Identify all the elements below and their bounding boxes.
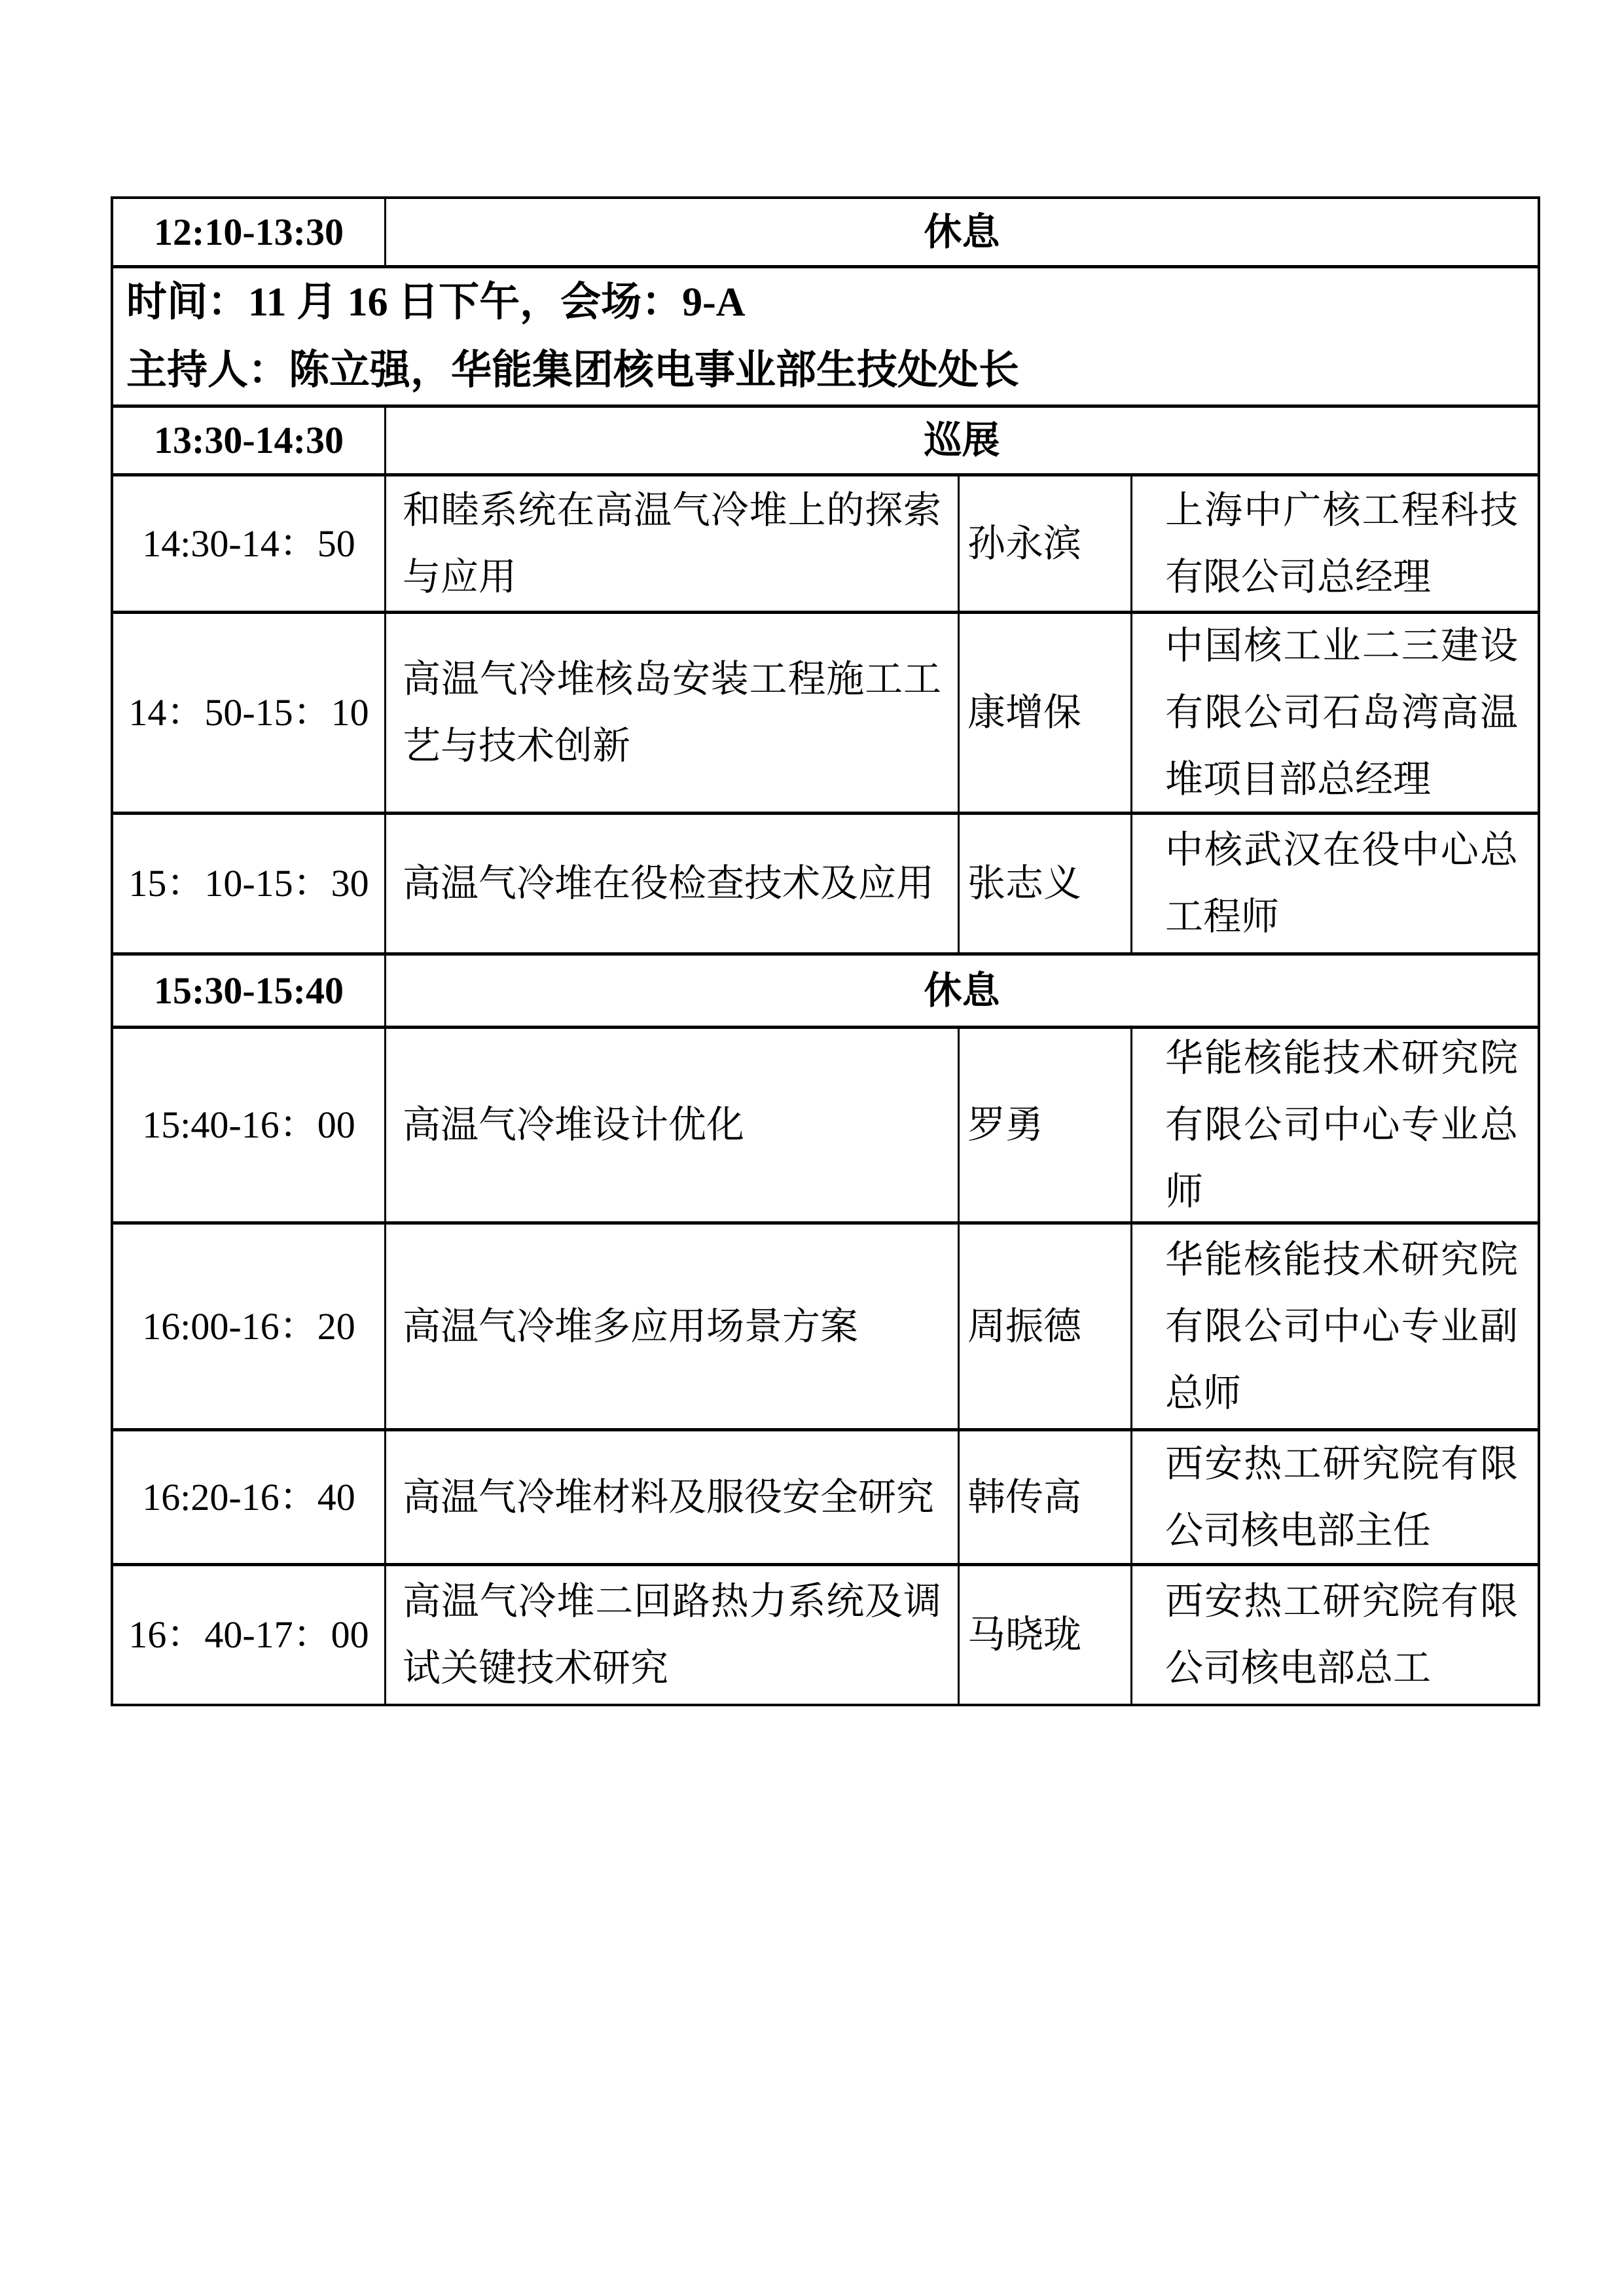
talk-title-cell: 高温气冷堆材料及服役安全研究	[384, 1431, 958, 1563]
time-range: 16:20-16：40	[113, 1479, 384, 1516]
session-label-cell: 休息	[384, 956, 1538, 1026]
speaker-name: 韩传高	[960, 1479, 1130, 1516]
table-row: 14：50-15：10 高温气冷堆核岛安装工程施工工艺与技术创新 康增保 中国核…	[113, 614, 1538, 815]
speaker-cell: 罗勇	[958, 1029, 1130, 1221]
speaker-name: 康增保	[960, 694, 1130, 732]
time-range: 14:30-14：50	[113, 525, 384, 563]
time-cell: 15:30-15:40	[113, 956, 384, 1026]
time-range: 12:10-13:30	[113, 213, 384, 251]
text-line: 高温气冷堆核岛安装工程施工工	[403, 646, 941, 713]
table-row: 14:30-14：50 和睦系统在高温气冷堆上的探索与应用 孙永滨 上海中广核工…	[113, 476, 1538, 614]
affiliation-cell: 中核武汉在役中心总工程师	[1130, 815, 1538, 952]
text-line: 高温气冷堆二回路热力系统及调	[403, 1568, 941, 1635]
time-cell: 16:20-16：40	[113, 1431, 384, 1563]
talk-title-cell: 高温气冷堆二回路热力系统及调试关键技术研究	[384, 1566, 958, 1704]
text-line: 有限公司中心专业副	[1165, 1293, 1518, 1360]
time-range: 15:30-15:40	[113, 972, 384, 1010]
session-label: 休息	[386, 972, 1538, 1010]
speaker-name: 罗勇	[960, 1106, 1130, 1144]
time-range: 15：10-15：30	[113, 865, 384, 903]
table-row: 16：40-17：00 高温气冷堆二回路热力系统及调试关键技术研究 马晓珑 西安…	[113, 1566, 1538, 1704]
speaker-name: 马晓珑	[960, 1616, 1130, 1654]
table-row: 15:30-15:40 休息	[113, 956, 1538, 1029]
affiliation-cell: 西安热工研究院有限公司核电部总工	[1130, 1566, 1538, 1704]
session-header-cell: 时间：11 月 16 日下午，会场：9-A主持人：陈立强，华能集团核电事业部生技…	[113, 268, 1538, 404]
time-cell: 16:00-16：20	[113, 1225, 384, 1428]
text-line: 堆项目部总经理	[1165, 746, 1518, 813]
table-row: 13:30-14:30 巡展	[113, 408, 1538, 476]
time-cell: 16：40-17：00	[113, 1566, 384, 1704]
speaker-name: 张志义	[960, 865, 1130, 903]
talk-title-cell: 高温气冷堆多应用场景方案	[384, 1225, 958, 1428]
affiliation-cell: 华能核能技术研究院有限公司中心专业总师	[1130, 1029, 1538, 1221]
text-line: 华能核能技术研究院	[1165, 1025, 1518, 1092]
speaker-cell: 孙永滨	[958, 476, 1130, 611]
session-label: 巡展	[386, 422, 1538, 459]
session-label: 休息	[386, 213, 1538, 251]
table-row: 15：10-15：30 高温气冷堆在役检查技术及应用 张志义 中核武汉在役中心总…	[113, 815, 1538, 956]
text-line: 师	[1165, 1158, 1518, 1225]
affiliation-cell: 上海中广核工程科技有限公司总经理	[1130, 476, 1538, 611]
table-row: 12:10-13:30 休息	[113, 199, 1538, 268]
text-line: 高温气冷堆材料及服役安全研究	[403, 1464, 941, 1531]
time-range: 14：50-15：10	[113, 694, 384, 732]
text-line: 有限公司石岛湾高温	[1165, 679, 1518, 746]
text-line: 公司核电部总工	[1165, 1635, 1518, 1702]
text-line: 西安热工研究院有限	[1165, 1431, 1518, 1498]
text-line: 华能核能技术研究院	[1165, 1227, 1518, 1293]
text-line: 工程师	[1165, 884, 1518, 950]
time-range: 16：40-17：00	[113, 1616, 384, 1654]
text-line: 公司核电部主任	[1165, 1498, 1518, 1564]
text-line: 高温气冷堆设计优化	[403, 1092, 941, 1158]
text-line: 有限公司中心专业总	[1165, 1092, 1518, 1158]
speaker-cell: 韩传高	[958, 1431, 1130, 1563]
text-line: 西安热工研究院有限	[1165, 1568, 1518, 1635]
session-label-cell: 巡展	[384, 408, 1538, 473]
text-line: 和睦系统在高温气冷堆上的探索	[403, 477, 941, 544]
talk-title-cell: 和睦系统在高温气冷堆上的探索与应用	[384, 476, 958, 611]
text-line: 总师	[1165, 1360, 1518, 1427]
talk-title-cell: 高温气冷堆在役检查技术及应用	[384, 815, 958, 952]
text-line: 主持人：陈立强，华能集团核电事业部生技处处长	[126, 336, 1538, 404]
speaker-cell: 马晓珑	[958, 1566, 1130, 1704]
affiliation-cell: 中国核工业二三建设有限公司石岛湾高温堆项目部总经理	[1130, 614, 1538, 812]
speaker-name: 孙永滨	[960, 525, 1130, 563]
affiliation-cell: 西安热工研究院有限公司核电部主任	[1130, 1431, 1538, 1563]
speaker-name: 周振德	[960, 1308, 1130, 1346]
time-cell: 14：50-15：10	[113, 614, 384, 812]
text-line: 有限公司总经理	[1165, 544, 1518, 611]
speaker-cell: 张志义	[958, 815, 1130, 952]
schedule-table: 12:10-13:30 休息 时间：11 月 16 日下午，会场：9-A主持人：…	[111, 196, 1540, 1706]
time-range: 15:40-16：00	[113, 1106, 384, 1144]
talk-title-cell: 高温气冷堆设计优化	[384, 1029, 958, 1221]
table-row: 15:40-16：00 高温气冷堆设计优化 罗勇 华能核能技术研究院有限公司中心…	[113, 1029, 1538, 1225]
text-line: 与应用	[403, 544, 941, 611]
text-line: 高温气冷堆在役检查技术及应用	[403, 850, 941, 917]
time-cell: 12:10-13:30	[113, 199, 384, 265]
table-row: 16:00-16：20 高温气冷堆多应用场景方案 周振德 华能核能技术研究院有限…	[113, 1225, 1538, 1431]
speaker-cell: 康增保	[958, 614, 1130, 812]
time-range: 16:00-16：20	[113, 1308, 384, 1346]
affiliation-cell: 华能核能技术研究院有限公司中心专业副总师	[1130, 1225, 1538, 1428]
time-cell: 14:30-14：50	[113, 476, 384, 611]
page: { "table": { "rows": [ { "type": "sessio…	[0, 0, 1624, 2296]
text-line: 高温气冷堆多应用场景方案	[403, 1293, 941, 1360]
time-range: 13:30-14:30	[113, 422, 384, 459]
table-row: 时间：11 月 16 日下午，会场：9-A主持人：陈立强，华能集团核电事业部生技…	[113, 268, 1538, 408]
text-line: 试关键技术研究	[403, 1635, 941, 1702]
time-cell: 15:40-16：00	[113, 1029, 384, 1221]
talk-title-cell: 高温气冷堆核岛安装工程施工工艺与技术创新	[384, 614, 958, 812]
text-line: 中核武汉在役中心总	[1165, 817, 1518, 884]
time-cell: 15：10-15：30	[113, 815, 384, 952]
text-line: 艺与技术创新	[403, 713, 941, 780]
text-line: 时间：11 月 16 日下午，会场：9-A	[126, 268, 1538, 336]
session-label-cell: 休息	[384, 199, 1538, 265]
time-cell: 13:30-14:30	[113, 408, 384, 473]
speaker-cell: 周振德	[958, 1225, 1130, 1428]
table-row: 16:20-16：40 高温气冷堆材料及服役安全研究 韩传高 西安热工研究院有限…	[113, 1431, 1538, 1566]
text-line: 上海中广核工程科技	[1165, 477, 1518, 544]
text-line: 中国核工业二三建设	[1165, 613, 1518, 679]
